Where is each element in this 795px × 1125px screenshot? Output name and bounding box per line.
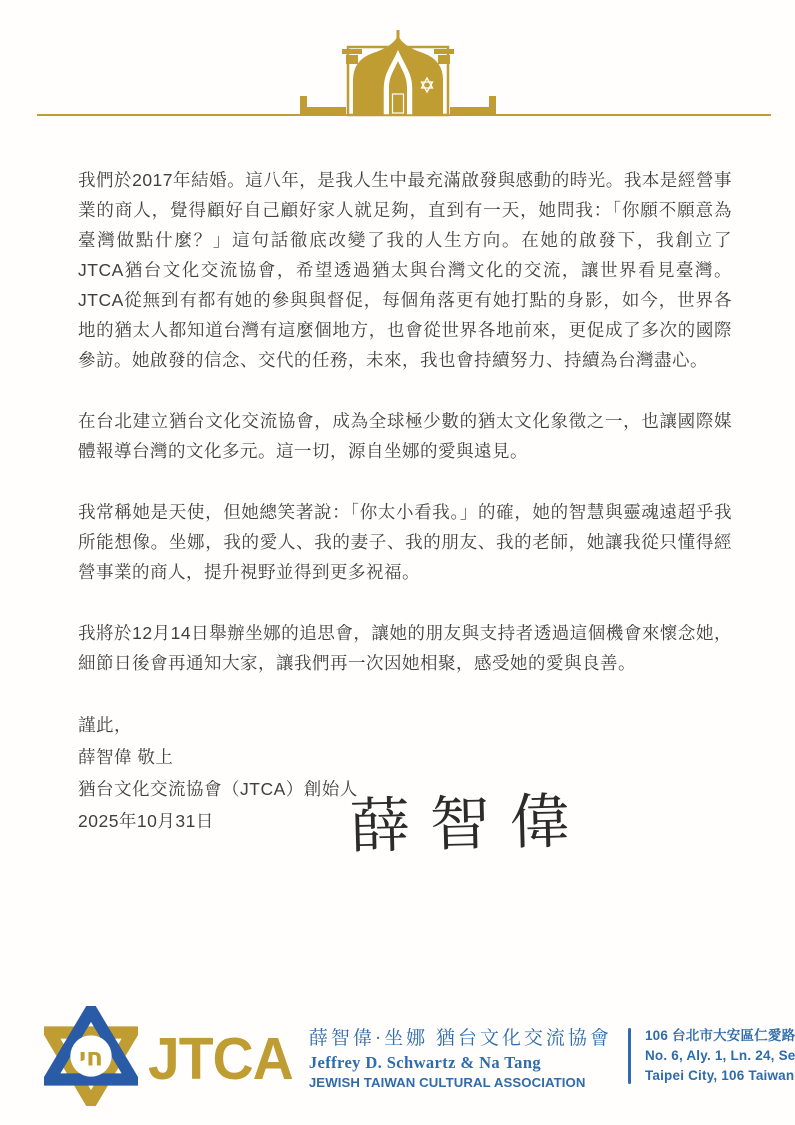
paragraph: 我將於12月14日舉辦坐娜的追思會，讓她的朋友與支持者透過這個機會來懷念她，細節… — [78, 618, 732, 678]
org-name-zh: 薛智偉·坐娜 猶台文化交流協會 — [309, 1023, 612, 1050]
letter-body: 我們於2017年結婚。這八年，是我人生中最充滿啟發與感動的時光。我本是經營事業的… — [78, 165, 732, 837]
jtca-acronym: JTCA — [148, 1023, 293, 1089]
paragraph: 我們於2017年結婚。這八年，是我人生中最充滿啟發與感動的時光。我本是經營事業的… — [78, 165, 732, 375]
org-name-block: 薛智偉·坐娜 猶台文化交流協會 Jeffrey D. Schwartz & Na… — [309, 1023, 612, 1090]
address-en-line2: Taipei City, 106 Taiwan, R.O.C. — [645, 1066, 795, 1086]
footer-divider — [628, 1028, 631, 1084]
address-zh: 106 台北市大安區仁愛路三段24巷1弄6號 — [645, 1026, 795, 1046]
paragraph: 我常稱她是天使，但她總笑著說：「你太小看我。」的確，她的智慧與靈魂遠超乎我所能想… — [78, 497, 732, 587]
address-en-line1: No. 6, Aly. 1, Ln. 24, Sec 3, Ren'ai Rd.… — [645, 1046, 795, 1066]
hebrew-chai-text: חי — [79, 1042, 103, 1071]
handwritten-signature: 薛智偉 — [349, 779, 611, 870]
jtca-star-logo-icon: חי — [44, 1006, 138, 1106]
signoff-line: 薛智偉 敬上 — [78, 741, 732, 773]
address-block: 106 台北市大安區仁愛路三段24巷1弄6號 No. 6, Aly. 1, Ln… — [645, 1026, 795, 1086]
synagogue-emblem-icon — [298, 28, 498, 118]
header-emblem-wrap — [0, 28, 795, 123]
org-name-en-caps: JEWISH TAIWAN CULTURAL ASSOCIATION — [309, 1075, 612, 1090]
org-name-en: Jeffrey D. Schwartz & Na Tang — [309, 1053, 612, 1073]
closing-line: 謹此， — [78, 709, 732, 741]
paragraph: 在台北建立猶台文化交流協會，成為全球極少數的猶太文化象徵之一，也讓國際媒體報導台… — [78, 406, 732, 466]
letter-page: 我們於2017年結婚。這八年，是我人生中最充滿啟發與感動的時光。我本是經營事業的… — [0, 0, 795, 1125]
footer: חי JTCA 薛智偉·坐娜 猶台文化交流協會 Jeffrey D. Schwa… — [44, 1006, 765, 1106]
